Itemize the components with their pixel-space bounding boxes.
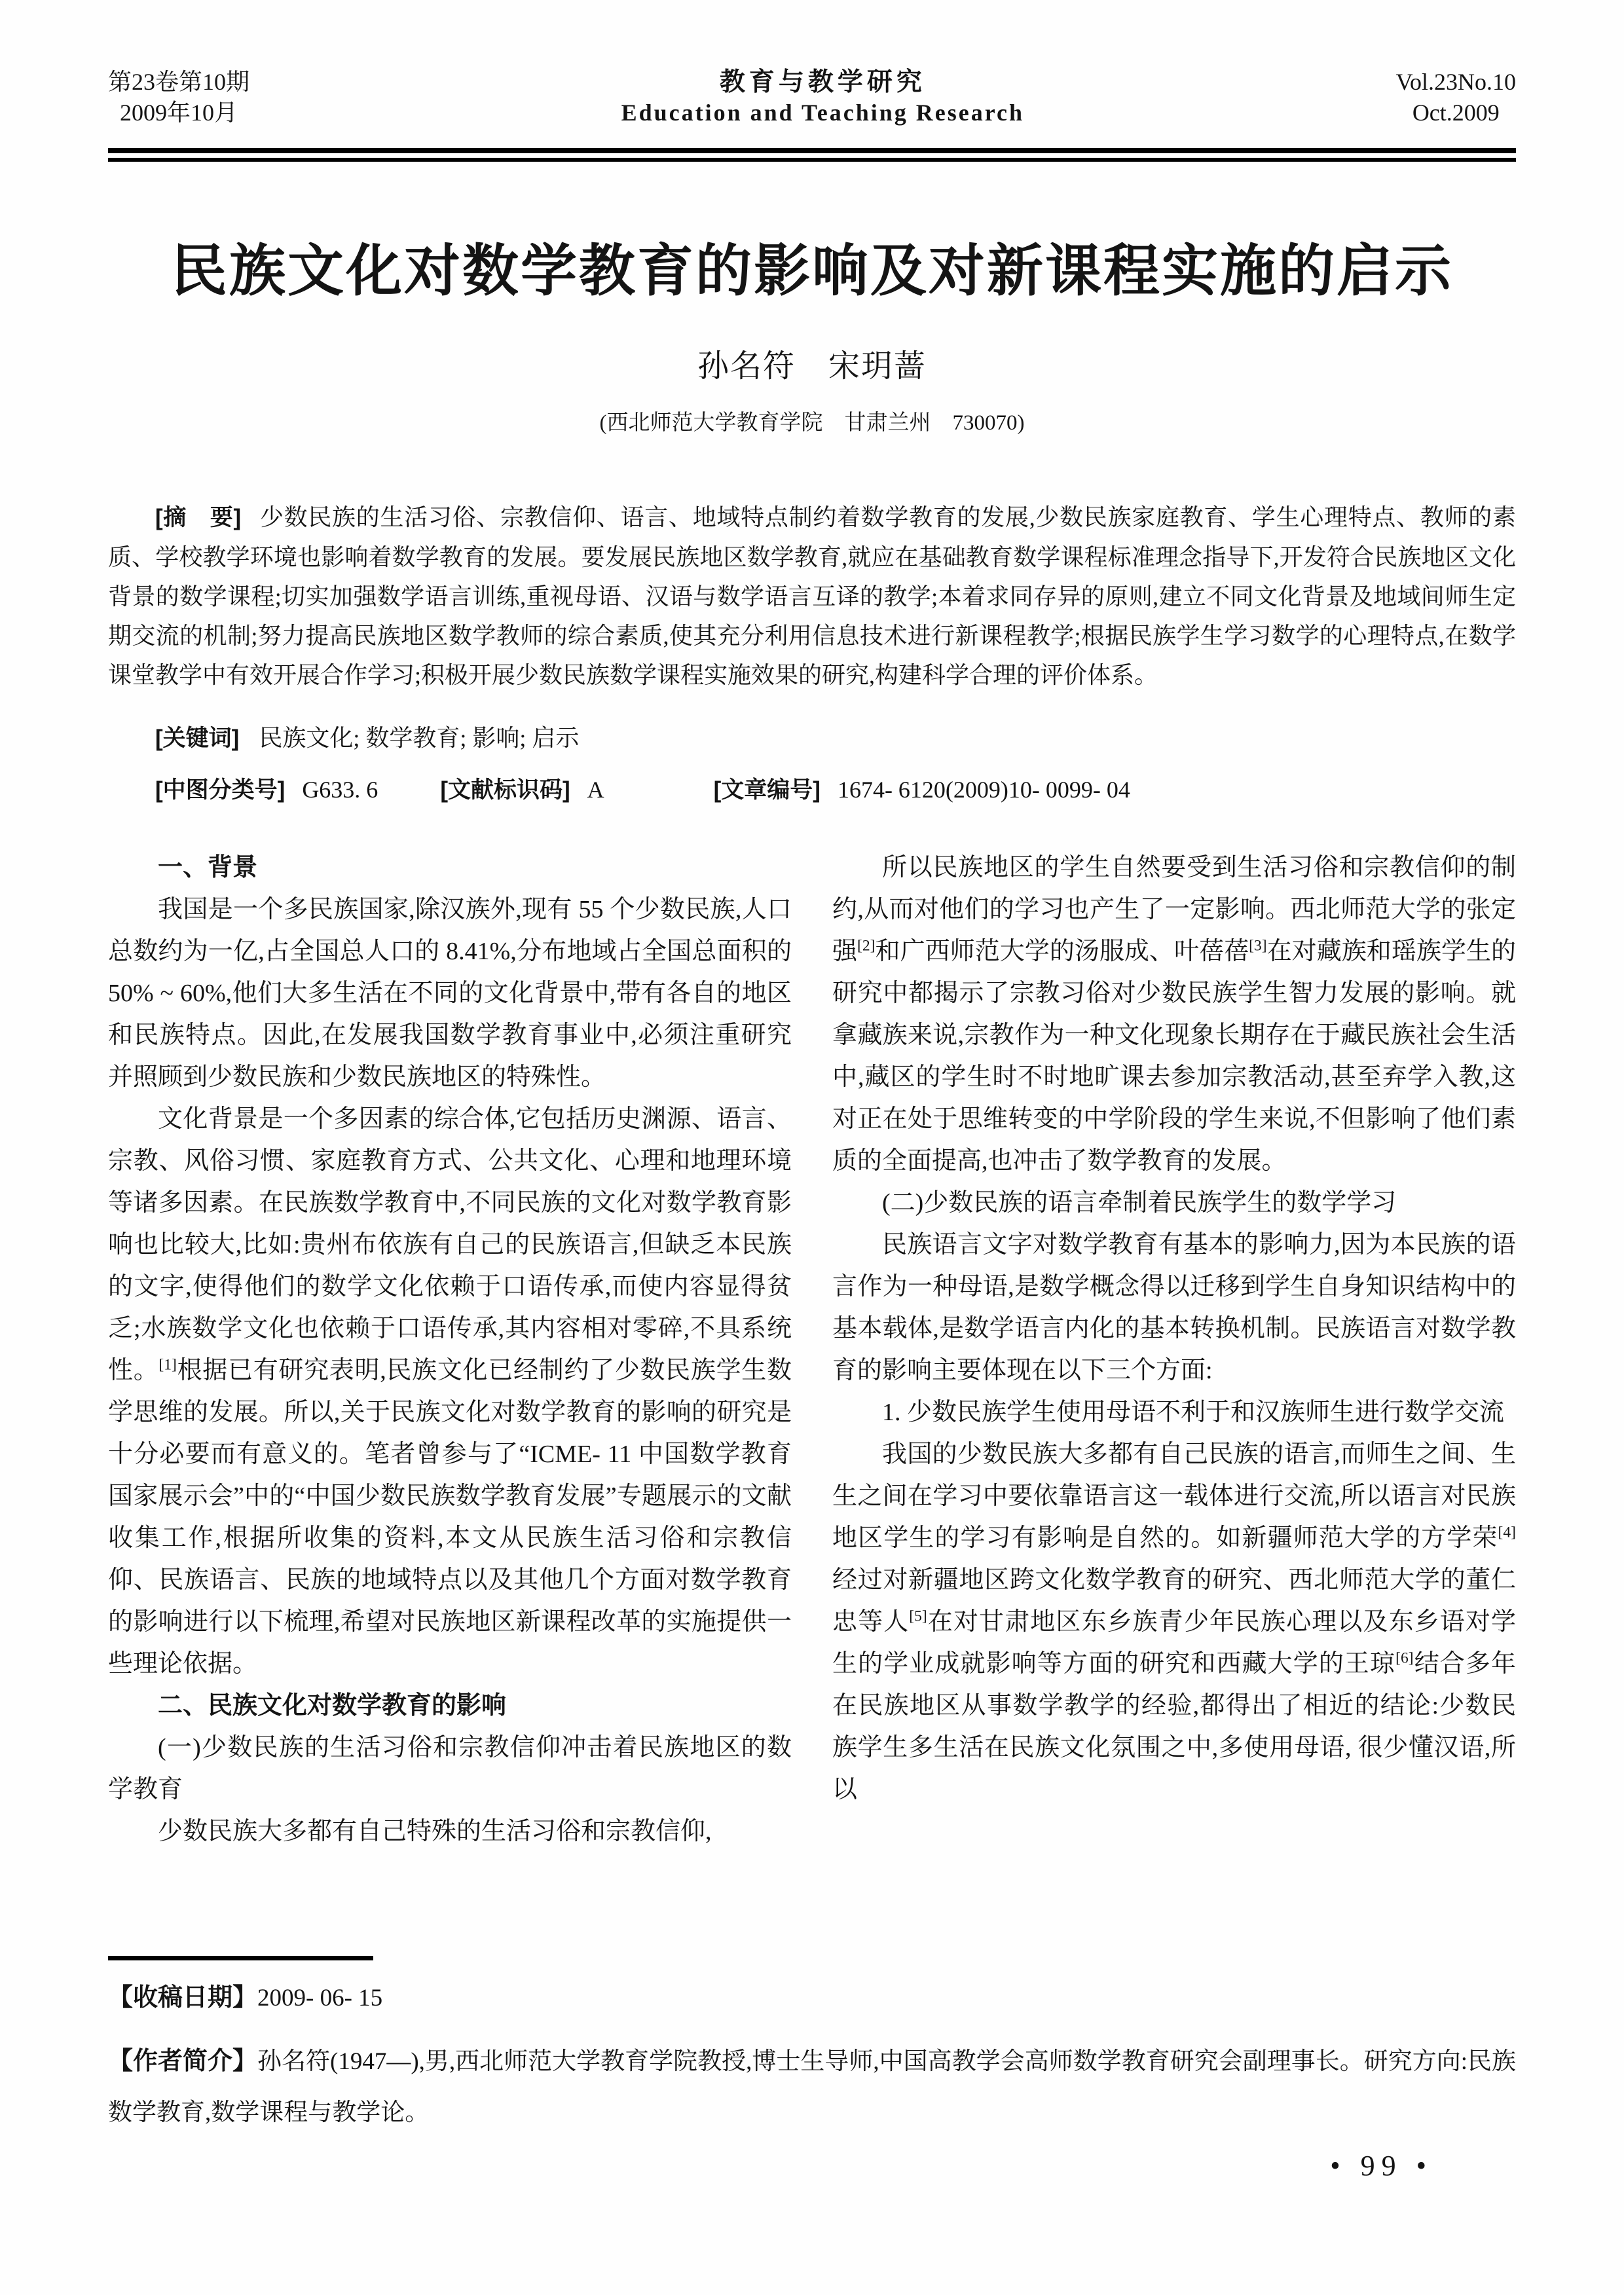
author-bio-label: 【作者简介】 [108, 2047, 257, 2075]
journal-masthead: 第23卷第10期 2009年10月 教育与教学研究 Education and … [108, 0, 1516, 128]
article-id-group: [文章编号]1674- 6120(2009)10- 0099- 04 [714, 777, 1130, 803]
received-date-line: 【收稿日期】2009- 06- 15 [108, 1972, 1516, 2024]
author-bio-line: 【作者简介】孙名符(1947—),男,西北师范大学教育学院教授,博士生导师,中国… [108, 2036, 1516, 2139]
volume-issue-cn: 第23卷第10期 [108, 67, 249, 98]
article-id-label: [文章编号] [714, 777, 821, 803]
right-paragraph-2: 民族语言文字对数学教育有基本的影响力,因为本民族的语言作为一种母语,是数学概念得… [832, 1224, 1516, 1391]
article-affiliation: (西北师范大学教育学院 甘肃兰州 730070) [108, 405, 1516, 436]
left-paragraph-1: 我国是一个多民族国家,除汉族外,现有 55 个少数民族,人口总数约为一亿,占全国… [108, 889, 792, 1098]
clc-group: [中图分类号]G633. 6 [155, 777, 378, 803]
body-columns: 一、背景 我国是一个多民族国家,除汉族外,现有 55 个少数民族,人口总数约为一… [108, 847, 1516, 1941]
right-subheading-2: (二)少数民族的语言牵制着民族学生的数学学习 [832, 1182, 1516, 1224]
right-paragraph-1: 所以民族地区的学生自然要受到生活习俗和宗教信仰的制约,从而对他们的学习也产生了一… [832, 847, 1516, 1182]
keywords-line: [关键词]民族文化; 数学教育; 影响; 启示 [108, 718, 1516, 758]
article-title: 民族文化对数学教育的影响及对新课程实施的启示 [108, 239, 1516, 304]
volume-issue-en: Vol.23No.10 [1396, 67, 1516, 98]
section-heading-background: 一、背景 [108, 847, 792, 889]
footnote-rule [108, 1956, 373, 1960]
doc-code-group: [文献标识码]A [440, 777, 604, 803]
received-date-label: 【收稿日期】 [108, 1984, 257, 2011]
masthead-divider-rule [108, 148, 1516, 162]
doc-code-label: [文献标识码] [440, 777, 570, 803]
article-id-value: 1674- 6120(2009)10- 0099- 04 [838, 777, 1130, 803]
left-paragraph-3: 少数民族大多都有自己特殊的生活习俗和宗教信仰, [108, 1810, 792, 1852]
author-bio-value: 孙名符(1947—),男,西北师范大学教育学院教授,博士生导师,中国高教学会高师… [108, 2048, 1516, 2126]
left-column: 一、背景 我国是一个多民族国家,除汉族外,现有 55 个少数民族,人口总数约为一… [108, 847, 792, 1941]
article-authors: 孙名符 宋玥蔷 [108, 340, 1516, 386]
left-paragraph-2: 文化背景是一个多因素的综合体,它包括历史渊源、语言、宗教、风俗习惯、家庭教育方式… [108, 1098, 792, 1685]
abstract-paragraph: [摘 要]少数民族的生活习俗、宗教信仰、语言、地域特点制约着数学教育的发展,少数… [108, 498, 1516, 695]
received-date-value: 2009- 06- 15 [257, 1985, 382, 2011]
date-cn: 2009年10月 [108, 98, 249, 128]
footnote-block: 【收稿日期】2009- 06- 15 【作者简介】孙名符(1947—),男,西北… [108, 1956, 1516, 2139]
masthead-journal-name: 教育与教学研究 Education and Teaching Research [621, 67, 1024, 128]
right-paragraph-3: 我国的少数民族大多都有自己民族的语言,而师生之间、生生之间在学习中要依靠语言这一… [832, 1433, 1516, 1810]
doc-code-value: A [587, 777, 604, 803]
classification-line: [中图分类号]G633. 6 [文献标识码]A [文章编号]1674- 6120… [108, 770, 1516, 810]
abstract-text: 少数民族的生活习俗、宗教信仰、语言、地域特点制约着数学教育的发展,少数民族家庭教… [108, 504, 1516, 688]
date-en: Oct.2009 [1396, 98, 1516, 128]
clc-value: G633. 6 [302, 777, 378, 803]
abstract-label: [摘 要] [155, 505, 241, 530]
keywords-text: 民族文化; 数学教育; 影响; 启示 [259, 725, 579, 751]
journal-name-cn: 教育与教学研究 [621, 67, 1024, 98]
scanned-journal-page: 第23卷第10期 2009年10月 教育与教学研究 Education and … [0, 0, 1624, 2295]
masthead-volume-en: Vol.23No.10 Oct.2009 [1396, 67, 1516, 128]
masthead-volume-issue: 第23卷第10期 2009年10月 [108, 67, 249, 128]
section-heading-influence: 二、民族文化对数学教育的影响 [108, 1685, 792, 1727]
keywords-label: [关键词] [155, 725, 239, 751]
left-subheading-1: (一)少数民族的生活习俗和宗教信仰冲击着民族地区的数学教育 [108, 1727, 792, 1810]
right-subheading-3: 1. 少数民族学生使用母语不利于和汉族师生进行数学交流 [832, 1391, 1516, 1433]
journal-name-en: Education and Teaching Research [621, 98, 1024, 128]
page-number: • 99 • [1330, 2149, 1433, 2182]
clc-label: [中图分类号] [155, 777, 285, 803]
right-column: 所以民族地区的学生自然要受到生活习俗和宗教信仰的制约,从而对他们的学习也产生了一… [832, 847, 1516, 1941]
